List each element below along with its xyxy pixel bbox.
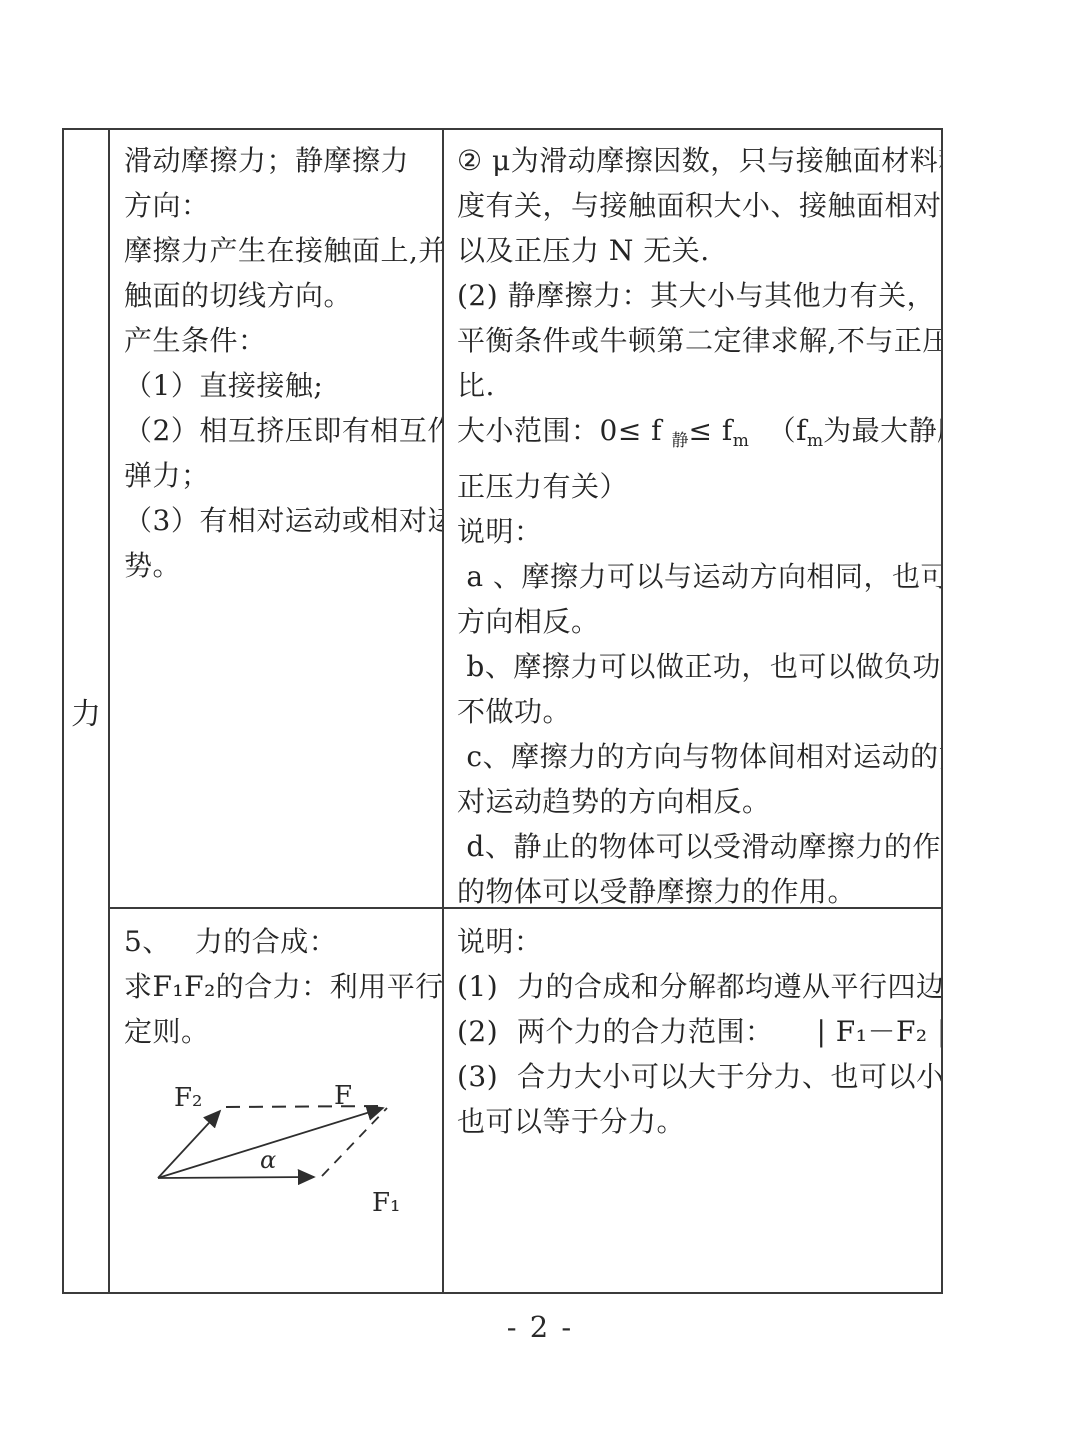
text-line: 说明： xyxy=(457,919,937,964)
text-line: (1) 力的合成和分解都均遵从平行四边行法则。 xyxy=(457,964,937,1009)
force-parallelogram-diagram: F₂ F F₁ α xyxy=(134,1076,436,1231)
text-line: c、摩擦力的方向与物体间相对运动的方向或相 xyxy=(457,734,937,779)
text-line: (3) 合力大小可以大于分力、也可以小于分力、 xyxy=(457,1054,937,1099)
category-label: 力 xyxy=(71,689,101,733)
vector-f1-arrow xyxy=(158,1177,314,1178)
angle-label-alpha: α xyxy=(260,1146,276,1174)
formula-segment: 为最大静摩擦力，与 xyxy=(823,414,941,447)
text-line: 触面的切线方向。 xyxy=(124,273,436,318)
text-line: （3）有相对运动或相对运动趋 xyxy=(124,498,436,543)
text-line: 方向相反。 xyxy=(457,599,937,644)
text-line: a 、摩擦力可以与运动方向相同，也可以与运动 xyxy=(457,554,937,599)
text-line: 滑动摩擦力；静摩擦力 xyxy=(124,138,436,183)
text-line: 产生条件： xyxy=(124,318,436,363)
parallelogram-dashed-right-edge xyxy=(322,1108,387,1176)
text-line: （2）相互挤压即有相互作用的 xyxy=(124,408,436,453)
text-line: 对运动趋势的方向相反。 xyxy=(457,779,937,824)
text-line: 说明： xyxy=(457,509,937,554)
text-line: 也可以等于分力。 xyxy=(457,1099,937,1144)
text-line: 的物体可以受静摩擦力的作用。 xyxy=(457,869,937,907)
text-line: (2) 静摩擦力：其大小与其他力有关， 由物体的 xyxy=(457,273,937,318)
physics-notes-table: 力 滑动摩擦力；静摩擦力 方向： 摩擦力产生在接触面上,并沿接 触面的切线方向。… xyxy=(62,128,943,1294)
text-line: 5、 力的合成： xyxy=(124,919,436,964)
vector-label-f2: F₂ xyxy=(174,1083,202,1113)
table-cell-composition-left: 5、 力的合成： 求F₁F₂的合力：利用平行四边形 定则。 xyxy=(110,907,444,1292)
table-cell-friction-right: ② μ为滑动摩擦因数，只与接触面材料和粗糙程 度有关，与接触面积大小、接触面相对… xyxy=(444,130,941,907)
formula-segment: 大小范围：0≤ f xyxy=(457,414,671,447)
text-line: ② μ为滑动摩擦因数，只与接触面材料和粗糙程 xyxy=(457,138,937,183)
text-line: （1）直接接触; xyxy=(124,363,436,408)
table-cell-friction-left: 滑动摩擦力；静摩擦力 方向： 摩擦力产生在接触面上,并沿接 触面的切线方向。 产… xyxy=(110,130,444,907)
text-line: d、静止的物体可以受滑动摩擦力的作用，运动 xyxy=(457,824,937,869)
formula-segment: ≤ f xyxy=(688,414,732,447)
vector-label-f1: F₁ xyxy=(372,1188,400,1218)
formula-segment: （f xyxy=(749,414,807,447)
text-line: 平衡条件或牛顿第二定律求解,不与正压力成正 xyxy=(457,318,937,363)
text-line: 度有关，与接触面积大小、接触面相对运动快慢 xyxy=(457,183,937,228)
document-page: 力 滑动摩擦力；静摩擦力 方向： 摩擦力产生在接触面上,并沿接 触面的切线方向。… xyxy=(0,0,1080,1445)
formula-subscript-m: m xyxy=(733,431,749,451)
formula-subscript-static: 静 xyxy=(671,431,688,451)
text-line: 定则。 xyxy=(124,1009,436,1054)
text-line: b、摩擦力可以做正功，也可以做负功，还可以 xyxy=(457,644,937,689)
text-line: 势。 xyxy=(124,543,436,588)
text-line: 弹力； xyxy=(124,453,436,498)
text-line: 摩擦力产生在接触面上,并沿接 xyxy=(124,228,436,273)
text-line: 求F₁F₂的合力：利用平行四边形 xyxy=(124,964,436,1009)
friction-range-formula: 大小范围：0≤ f 静≤ fm （fm为最大静摩擦力，与 xyxy=(457,408,937,464)
parallelogram-dashed-top-edge xyxy=(226,1106,387,1107)
text-line: (2) 两个力的合力范围： | F₁－F₂ |≤ F≤ F₁ + F₂ xyxy=(457,1009,937,1054)
table-cell-composition-right: 说明： (1) 力的合成和分解都均遵从平行四边行法则。 (2) 两个力的合力范围… xyxy=(444,907,941,1292)
text-line: 不做功。 xyxy=(457,689,937,734)
page-number: - 2 - xyxy=(0,1310,1080,1344)
text-line: 比. xyxy=(457,363,937,408)
text-line: 以及正压力 N 无关. xyxy=(457,228,937,273)
table-cell-category: 力 xyxy=(64,130,110,1292)
formula-subscript-m: m xyxy=(807,431,823,451)
text-line: 方向： xyxy=(124,183,436,228)
vector-label-f: F xyxy=(334,1081,352,1111)
text-line: 正压力有关） xyxy=(457,464,937,509)
